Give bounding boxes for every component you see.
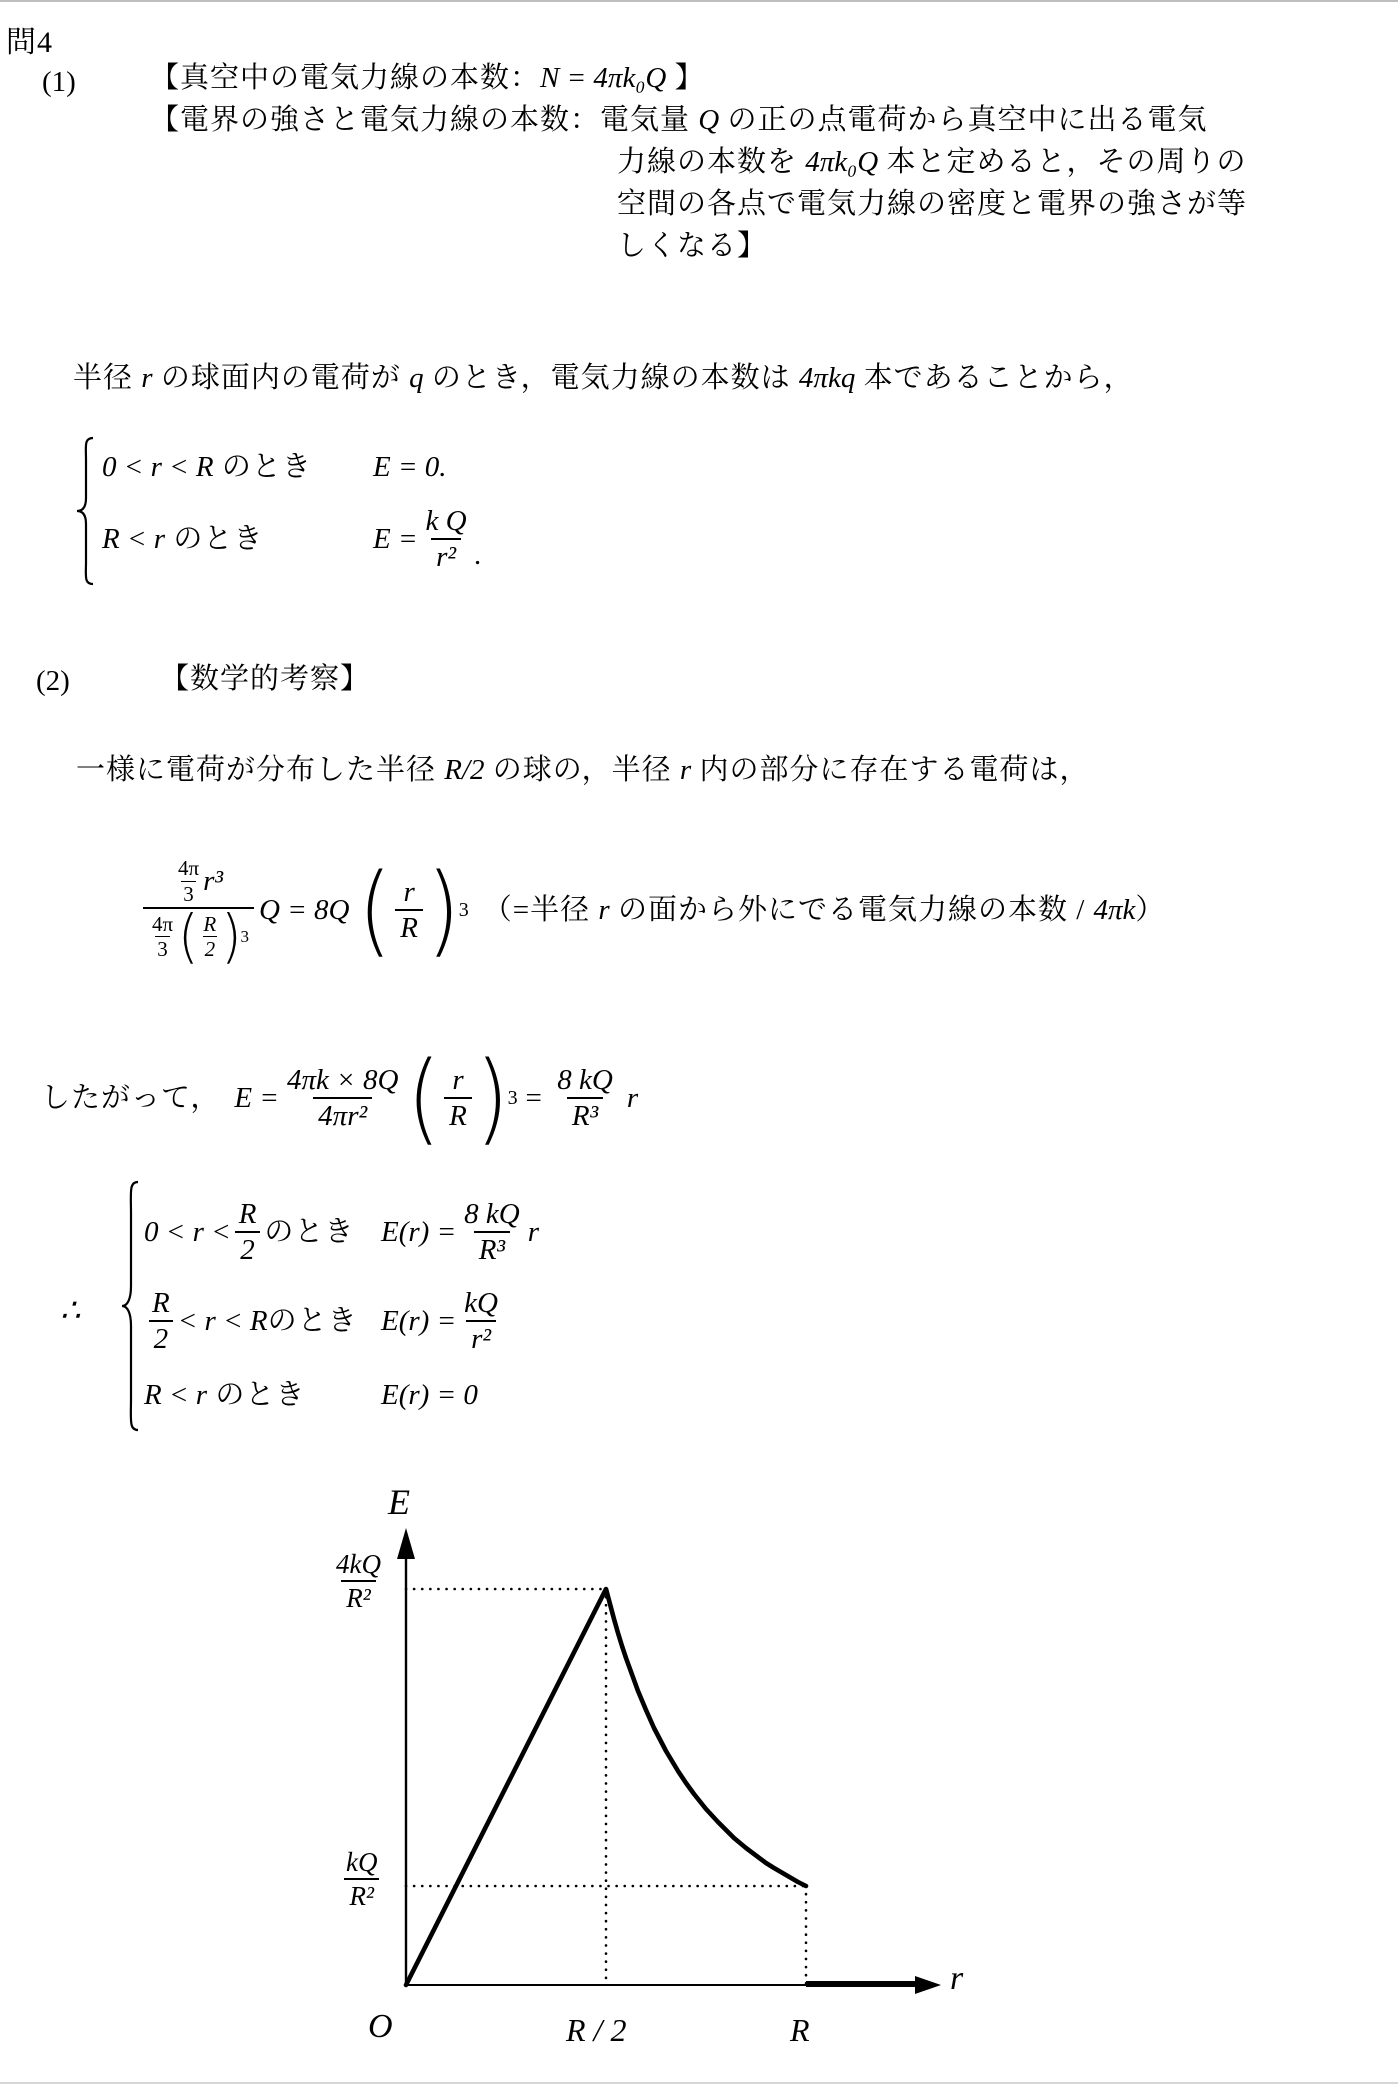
charge-equals: Q = 8Q: [259, 892, 349, 928]
part1-def2-line2: 力線の本数を 4πk₀Q 本と定めると，その周りの: [617, 144, 1246, 180]
left-brace2-icon: [118, 1180, 144, 1432]
part2-title: 【数学的考察】: [160, 661, 370, 697]
p1-seg2: の球面内の電荷が: [153, 362, 410, 394]
case1-row1-jp: のとき: [214, 451, 312, 483]
edge-num: kQ: [341, 1848, 382, 1878]
c2r2-cfn: R: [147, 1288, 175, 1320]
big-close-paren-icon: ): [427, 860, 460, 959]
charge-formula: 4π 3 r³ 4π 3 ( R 2 )3 Q = 8Q ( r: [140, 822, 1165, 998]
peak-value-label: 4kQ R²: [328, 1550, 389, 1613]
document-page: 問4 (1) 【真空中の電気力線の本数：N = 4πk₀Q 】 【電界の強さと電…: [0, 0, 1398, 2085]
fraction-r-R-2: r R: [444, 1065, 472, 1132]
field-lhs: E =: [234, 1080, 279, 1116]
p1-var-r: r: [141, 362, 152, 394]
note-mid: の面から外にでる電気力線の本数 /: [610, 894, 1094, 926]
r-cubed: r³: [203, 866, 223, 896]
case-system-2: 0 < r < R 2 のとき E(r) = 8 kQ R³ r R: [144, 1180, 539, 1432]
c2r1-frac-8kQ: 8 kQ R³: [459, 1199, 525, 1266]
case1-row2-period: .: [475, 537, 482, 573]
scan-edge-top: [0, 0, 1398, 2]
fraction-4kQ-R2: 4kQ R²: [331, 1550, 386, 1613]
p2-seg3: 内の部分に存在する電荷は，: [691, 754, 1089, 786]
case1-row2-lhs: E =: [373, 521, 418, 557]
therefore-jp: したがって，: [41, 1080, 220, 1116]
part1-def2-line1: 【電界の強さと電気力線の本数：電気量 Q の正の点電荷から真空中に出る電気: [150, 102, 1207, 138]
fraction-kQ-R2-axis: kQ R²: [341, 1848, 382, 1911]
c2r2-frac-R2: R 2: [147, 1288, 175, 1355]
inner-num: R: [201, 913, 218, 936]
field-eq2: =: [524, 1080, 544, 1116]
case1-row2-cond: R < r: [102, 523, 165, 555]
p1-formula: 4πkq: [799, 362, 855, 394]
cube-exponent-2: 3: [459, 898, 469, 923]
c2r2-cfd: 2: [149, 1320, 174, 1354]
c2r2-cond: < r < R: [178, 1303, 268, 1339]
edge-value-label: kQ R²: [338, 1848, 385, 1911]
c2r3-cond: R < r: [144, 1379, 207, 1411]
def2-text-a: 【電界の強さと電気力線の本数：電気量: [150, 104, 698, 136]
field-curve: [406, 1589, 806, 1985]
f1-num: 4πk × 8Q: [282, 1065, 403, 1097]
c2r3-jp: のとき: [207, 1379, 305, 1411]
c2r1-cfn: R: [234, 1199, 262, 1231]
case1-row1-cond: 0 < r < R: [102, 451, 214, 483]
case2-row3: R < r のとき E(r) = 0: [144, 1377, 539, 1413]
def1-formula: N = 4πk₀Q: [540, 62, 666, 94]
sf-den: 3: [181, 881, 196, 905]
case1-row1-result: E = 0.: [373, 449, 482, 485]
therefore-symbol: ∴: [60, 1290, 80, 1330]
sf-den-b: 3: [155, 936, 170, 960]
c2r1-jp: のとき: [264, 1214, 354, 1250]
fraction-kq-r2: k Q r²: [421, 506, 472, 573]
def2-q: Q: [698, 104, 719, 136]
def2-text-d: 本と定めると，その周りの: [878, 146, 1246, 178]
fraction-r-R: r R: [395, 877, 423, 944]
fraction-R-2: R 2: [201, 913, 218, 960]
p2-seg2: の球の，半径: [485, 754, 680, 786]
def2-formula: 4πk₀Q: [805, 146, 878, 178]
charge-note: （=半径 r の面から外にでる電気力線の本数 / 4πk）: [483, 892, 1166, 928]
p2-var-r: r: [680, 754, 691, 786]
def2-text-c: 力線の本数を: [617, 146, 805, 178]
cube-exponent: 3: [241, 928, 250, 946]
part1-def1: 【真空中の電気力線の本数：N = 4πk₀Q 】: [150, 60, 705, 96]
y-axis-arrow-icon: [397, 1528, 415, 1559]
x-tick-half-R: R / 2: [566, 2010, 626, 2050]
p1-seg3: のとき，電気力線の本数は: [424, 362, 799, 394]
fraction-4pik8Q: 4πk × 8Q 4πr²: [282, 1065, 403, 1132]
p1-seg4: 本であることから，: [855, 362, 1133, 394]
inner-den: 2: [203, 936, 218, 960]
peak-num: 4kQ: [331, 1550, 386, 1580]
main-frac-denominator: 4π 3 ( R 2 )3: [143, 907, 254, 963]
edge-den: R²: [344, 1878, 379, 1910]
c2r1-cfd: 2: [235, 1231, 260, 1265]
peak-den: R²: [341, 1580, 376, 1612]
big-close-paren2-icon: ): [476, 1048, 509, 1147]
c2r2-lhs: E(r) =: [381, 1303, 456, 1339]
case1-row1: 0 < r < R のとき E = 0.: [102, 449, 482, 485]
note-4pik: 4πk: [1094, 894, 1136, 926]
field-formula: したがって， E = 4πk × 8Q 4πr² ( r R )3 = 8 kQ…: [41, 1038, 638, 1158]
small-fraction-4pi3-b: 4π 3: [150, 913, 175, 960]
problem-number: 問4: [6, 24, 53, 62]
x-tick-R: R: [790, 2010, 810, 2050]
p1-var-q: q: [409, 362, 424, 394]
case2-row1: 0 < r < R 2 のとき E(r) = 8 kQ R³ r: [144, 1199, 539, 1266]
c2r2-jp: のとき: [268, 1303, 358, 1339]
x-axis-label: r: [950, 1958, 963, 2001]
def2-text-b: の正の点電荷から真空中に出る電気: [719, 104, 1207, 136]
open-paren-icon: (: [178, 907, 198, 965]
f2-num: 8 kQ: [552, 1065, 618, 1097]
part1-label: (1): [42, 64, 76, 100]
sf-num-b: 4π: [150, 913, 175, 936]
def1-close: 】: [666, 62, 704, 94]
fraction-8kQ-R3: 8 kQ R³: [552, 1065, 618, 1132]
close-paren-icon: ): [221, 907, 241, 965]
small-fraction-4pi3: 4π 3: [176, 857, 201, 904]
c2r2-fd: r²: [466, 1320, 496, 1354]
part2-label: (2): [36, 663, 70, 699]
note-pre: （=半径: [483, 894, 599, 926]
big-open-paren2-icon: (: [407, 1048, 440, 1147]
c2r3-result: E(r) = 0: [381, 1377, 539, 1413]
case2-row2: R 2 < r < R のとき E(r) = kQ r²: [144, 1288, 539, 1355]
f1-den: 4πr²: [313, 1097, 372, 1131]
dotted-guides: [406, 1589, 806, 1985]
ratio-num: r: [398, 877, 419, 909]
left-brace-icon: [74, 436, 98, 586]
ratio2-den: R: [444, 1097, 472, 1131]
frac-num: k Q: [421, 506, 472, 538]
f2-den: R³: [567, 1097, 603, 1131]
part1-def2-line4: しくなる】: [617, 228, 767, 264]
part1-paragraph: 半径 r の球面内の電荷が q のとき，電気力線の本数は 4πkq 本であること…: [73, 360, 1134, 396]
c2r1-fn: 8 kQ: [459, 1199, 525, 1231]
main-frac-numerator: 4π 3 r³: [169, 857, 228, 906]
p2-seg1: 一様に電荷が分布した半径: [76, 754, 444, 786]
frac-den: r²: [431, 538, 461, 572]
part2-paragraph: 一様に電荷が分布した半径 R/2 の球の，半径 r 内の部分に存在する電荷は，: [76, 752, 1089, 788]
c2r1-tail: r: [528, 1214, 539, 1250]
c2r1-lhs: E(r) =: [381, 1214, 456, 1250]
c2r2-fn: kQ: [459, 1288, 503, 1320]
main-fraction: 4π 3 r³ 4π 3 ( R 2 )3: [143, 857, 254, 962]
case1-row2: R < r のとき E = k Q r² .: [102, 506, 482, 573]
c2r2-frac-kQ: kQ r²: [459, 1288, 503, 1355]
note-post: ）: [1135, 894, 1165, 926]
origin-label: O: [368, 2006, 393, 2049]
p1-seg1: 半径: [73, 362, 141, 394]
scan-edge-bottom: [0, 2082, 1398, 2084]
c2r1-fd: R³: [474, 1231, 510, 1265]
ratio2-num: r: [447, 1065, 468, 1097]
p2-var-r2: R/2: [444, 754, 484, 786]
part1-def2-line3: 空間の各点で電気力線の密度と電界の強さが等: [617, 186, 1247, 222]
ratio-den: R: [395, 909, 423, 943]
sf-num: 4π: [176, 857, 201, 880]
c2r1-cond-a: 0 < r <: [144, 1214, 231, 1250]
case1-row2-jp: のとき: [165, 523, 263, 555]
def1-text: 【真空中の電気力線の本数：: [150, 62, 540, 94]
field-tail-r: r: [627, 1080, 638, 1116]
y-axis-label: E: [388, 1480, 410, 1525]
c2r1-frac-R2: R 2: [234, 1199, 262, 1266]
big-open-paren-icon: (: [359, 860, 392, 959]
case-system-1: 0 < r < R のとき E = 0. R < r のとき E = k Q r…: [102, 436, 482, 586]
note-var-r: r: [598, 894, 609, 926]
cube-exponent-3: 3: [508, 1086, 518, 1111]
field-graph: [0, 1470, 1398, 2085]
